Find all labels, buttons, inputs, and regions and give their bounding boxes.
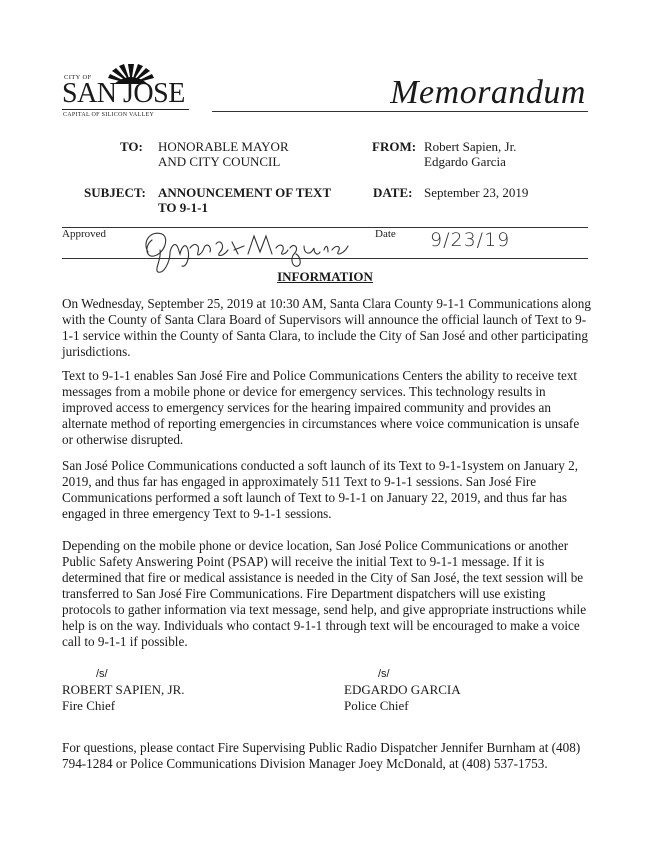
electronic-signature-mark: /s/ xyxy=(62,666,185,682)
city-name: SAN JOSE xyxy=(62,80,185,108)
document-type-title: Memorandum xyxy=(390,74,586,112)
to-value: HONORABLE MAYOR AND CITY COUNCIL xyxy=(158,139,289,169)
subject-label: SUBJECT: xyxy=(84,185,146,201)
to-line: HONORABLE MAYOR xyxy=(158,139,289,154)
approved-label: Approved xyxy=(62,228,106,240)
to-label: TO: xyxy=(120,139,143,155)
approval-date-label: Date xyxy=(375,228,396,240)
body-paragraph: On Wednesday, September 25, 2019 at 10:3… xyxy=(62,296,592,360)
body-paragraph: San José Police Communications conducted… xyxy=(62,458,592,522)
from-line: Edgardo Garcia xyxy=(424,154,516,169)
signer-title: Fire Chief xyxy=(62,698,185,714)
memo-page: CITY OF SAN JOSE CAPITAL OF SILICON VALL… xyxy=(0,0,650,841)
subject-line: TO 9-1-1 xyxy=(158,200,331,215)
subject-value: ANNOUNCEMENT OF TEXT TO 9-1-1 xyxy=(158,185,331,215)
body-paragraph: Text to 9-1-1 enables San José Fire and … xyxy=(62,368,592,448)
section-title: INFORMATION xyxy=(0,269,650,285)
city-logo: CITY OF SAN JOSE CAPITAL OF SILICON VALL… xyxy=(62,62,202,122)
date-value: September 23, 2019 xyxy=(424,185,528,200)
subject-line: ANNOUNCEMENT OF TEXT xyxy=(158,185,331,200)
contact-paragraph: For questions, please contact Fire Super… xyxy=(62,740,592,772)
logo-rule xyxy=(62,109,189,110)
from-value: Robert Sapien, Jr. Edgardo Garcia xyxy=(424,139,516,169)
signer-name: ROBERT SAPIEN, JR. xyxy=(62,682,185,698)
date-label: DATE: xyxy=(373,185,412,201)
signer-title: Police Chief xyxy=(344,698,461,714)
to-line: AND CITY COUNCIL xyxy=(158,154,289,169)
from-line: Robert Sapien, Jr. xyxy=(424,139,516,154)
from-label: FROM: xyxy=(372,139,416,155)
city-tagline: CAPITAL OF SILICON VALLEY xyxy=(63,112,154,118)
signature-block-police: /s/ EDGARDO GARCIA Police Chief xyxy=(344,666,461,714)
approval-handwritten-date: 9/23/19 xyxy=(430,229,510,251)
signature-block-fire: /s/ ROBERT SAPIEN, JR. Fire Chief xyxy=(62,666,185,714)
body-paragraph: Depending on the mobile phone or device … xyxy=(62,538,592,650)
signer-name: EDGARDO GARCIA xyxy=(344,682,461,698)
approval-bottom-rule xyxy=(62,258,588,259)
electronic-signature-mark: /s/ xyxy=(344,666,461,682)
